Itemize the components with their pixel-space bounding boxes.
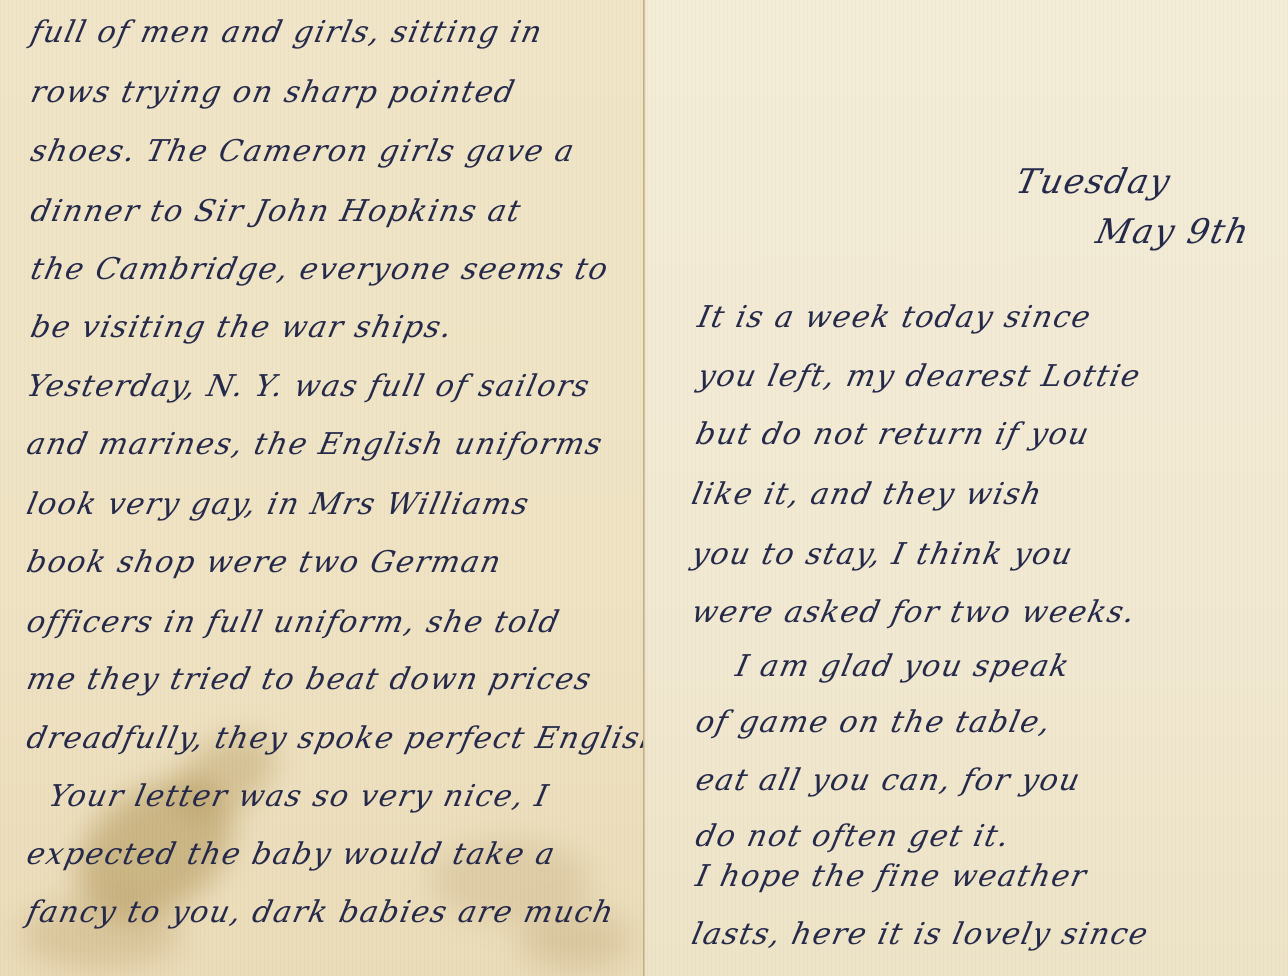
- handwritten-line: fancy to you, dark babies are much: [24, 898, 617, 928]
- handwritten-line: rows trying on sharp pointed: [28, 78, 518, 108]
- page-fold-crease: [643, 0, 646, 976]
- letter-spread: full of men and girls, sitting in rows t…: [0, 0, 1288, 976]
- handwritten-line: me they tried to beat down prices: [24, 665, 595, 695]
- handwritten-line: I am glad you speak: [733, 652, 1073, 682]
- handwritten-line: shoes. The Cameron girls gave a: [28, 137, 578, 167]
- handwritten-line: but do not return if you: [693, 420, 1093, 450]
- handwritten-line: be visiting the war ships.: [28, 313, 456, 343]
- handwritten-line: lasts, here it is lovely since: [689, 920, 1152, 950]
- handwritten-line: look very gay, in Mrs Williams: [24, 490, 532, 520]
- handwritten-line: I hope the fine weather: [693, 862, 1090, 892]
- handwritten-line: like it, and they wish: [689, 480, 1045, 510]
- handwritten-line: were asked for two weeks.: [689, 598, 1139, 628]
- handwritten-line: eat all you can, for you: [693, 766, 1084, 796]
- handwritten-line: and marines, the English uniforms: [24, 430, 606, 460]
- handwritten-line: Yesterday, N. Y. was full of sailors: [24, 372, 593, 402]
- right-page: Tuesday May 9th It is a week today since…: [643, 0, 1288, 976]
- handwritten-line: the Cambridge, everyone seems to: [28, 255, 612, 285]
- left-page: full of men and girls, sitting in rows t…: [0, 0, 643, 976]
- handwritten-line: dinner to Sir John Hopkins at: [28, 197, 524, 227]
- handwritten-line: officers in full uniform, she told: [24, 608, 563, 638]
- handwritten-line: book shop were two German: [24, 548, 505, 578]
- handwritten-line: expected the baby would take a: [24, 840, 559, 870]
- handwritten-line: full of men and girls, sitting in: [28, 18, 546, 48]
- handwritten-line: do not often get it.: [693, 822, 1013, 852]
- handwritten-line: dreadfully, they spoke perfect English: [24, 724, 643, 754]
- handwritten-line: Your letter was so very nice, I: [46, 782, 552, 812]
- handwritten-line: you to stay, I think you: [689, 540, 1076, 570]
- letter-date-day: Tuesday: [1013, 165, 1174, 199]
- handwritten-line: you left, my dearest Lottie: [695, 362, 1144, 392]
- handwritten-line: of game on the table,: [693, 708, 1054, 738]
- letter-date-month: May 9th: [1093, 215, 1253, 249]
- handwritten-line: It is a week today since: [695, 303, 1094, 333]
